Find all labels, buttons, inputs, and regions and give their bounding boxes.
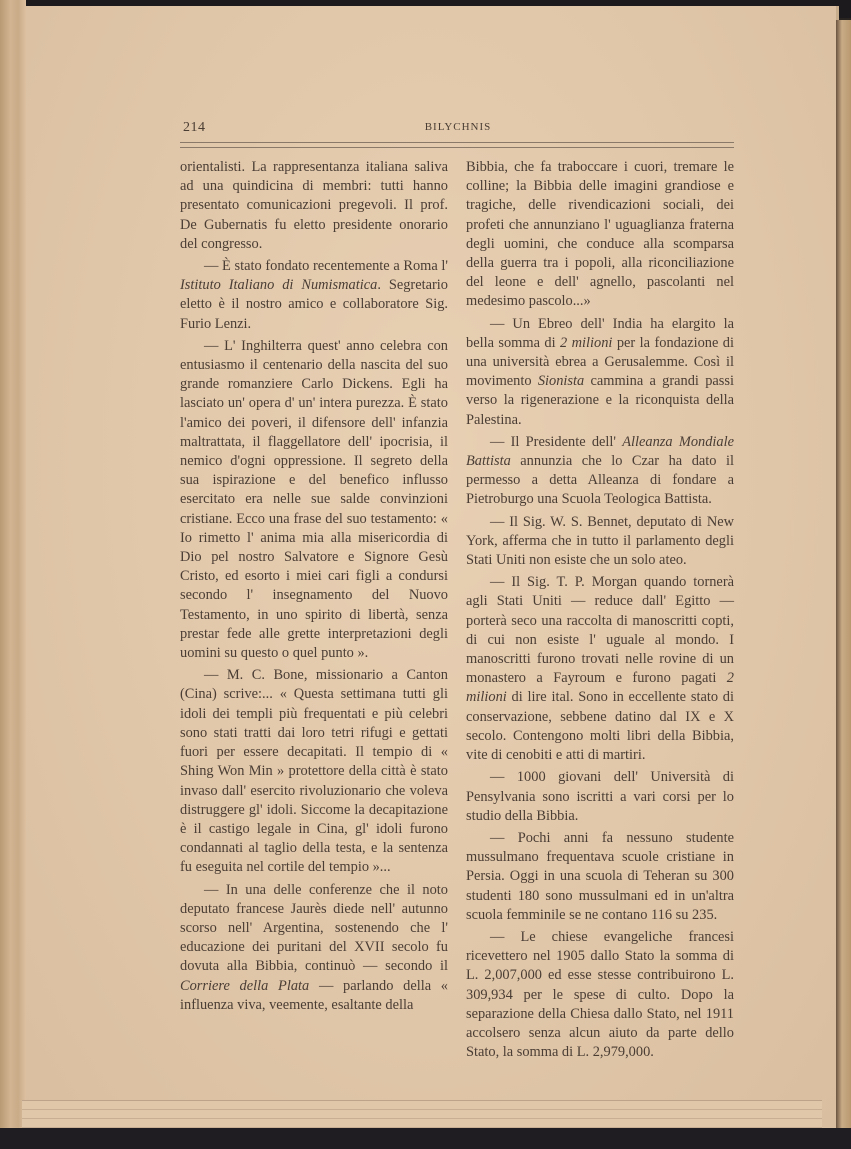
paragraph: — M. C. Bone, missionario a Canton (Cina…: [180, 666, 448, 877]
paragraph: — Un Ebreo dell' India ha elargito la be…: [466, 315, 734, 430]
paragraph: — In una delle conferenze che il noto de…: [180, 881, 448, 1015]
paragraph: orientalisti. La rappresentanza italiana…: [180, 158, 448, 254]
paragraph: — L' Inghilterra quest' anno celebra con…: [180, 337, 448, 663]
paragraph: — È stato fondato recentemente a Roma l'…: [180, 257, 448, 334]
running-header: 214 BILYCHNIS: [183, 120, 733, 142]
running-title: BILYCHNIS: [183, 121, 733, 133]
italic-term: Istituto Italiano di Numismatica: [180, 277, 377, 293]
binding-edge: [836, 20, 851, 1149]
paragraph: — Il Presidente dell' Alleanza Mondiale …: [466, 433, 734, 510]
right-column: Bibbia, che fa traboccare i cuori, trema…: [466, 158, 734, 1065]
italic-term: Corriere della Plata: [180, 978, 309, 994]
paragraph: — Il Sig. W. S. Bennet, deputato di New …: [466, 513, 734, 571]
paragraph: — Il Sig. T. P. Morgan quando tornerà ag…: [466, 573, 734, 765]
paragraph: Bibbia, che fa traboccare i cuori, trema…: [466, 158, 734, 312]
scan-background-bottom: [0, 1128, 851, 1149]
page-stack-left-edge: [0, 0, 26, 1149]
left-column: orientalisti. La rappresentanza italiana…: [180, 158, 448, 1018]
italic-term: 2 milioni: [560, 335, 612, 351]
italic-term: Sionista: [538, 373, 584, 389]
paragraph: — 1000 giovani dell' Università di Pensy…: [466, 768, 734, 826]
header-double-rule: [180, 142, 734, 148]
paragraph: — Pochi anni fa nessuno studente mussulm…: [466, 829, 734, 925]
page-stack-bottom-edge: [22, 1100, 822, 1131]
paragraph: — Le chiese evangeliche francesi ricevet…: [466, 928, 734, 1062]
